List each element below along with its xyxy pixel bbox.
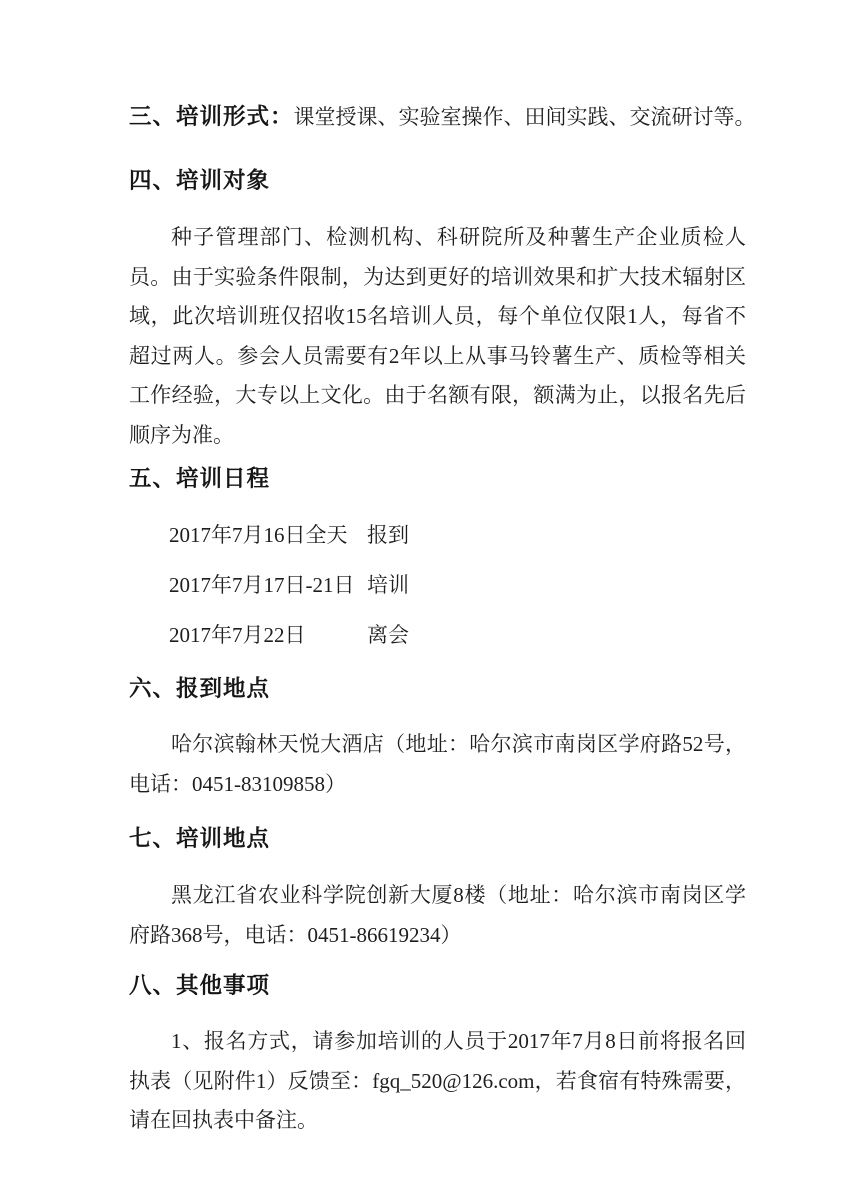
schedule-event: 报到 <box>367 521 409 549</box>
paragraph-other-matters: 1、报名方式，请参加培训的人员于2017年7月8日前将报名回执表（见附件1）反馈… <box>129 1022 746 1141</box>
schedule-row: 2017年7月16日全天报到 <box>129 521 746 549</box>
schedule-date: 2017年7月17日-21日 <box>169 571 367 599</box>
schedule-row: 2017年7月17日-21日培训 <box>129 571 746 599</box>
section-heading-other-matters: 八、其他事项 <box>129 972 746 1000</box>
paragraph-training-place: 黑龙江省农业科学院创新大厦8楼（地址：哈尔滨市南岗区学府路368号，电话：045… <box>129 876 746 955</box>
schedule-date: 2017年7月16日全天 <box>169 521 367 549</box>
section-heading-registration-place: 六、报到地点 <box>129 675 746 703</box>
section-heading-training-schedule: 五、培训日程 <box>129 465 746 493</box>
paragraph-registration-place: 哈尔滨翰林天悦大酒店（地址：哈尔滨市南岗区学府路52号，电话：0451-8310… <box>129 725 746 804</box>
section-heading-training-format: 三、培训形式： <box>129 104 294 129</box>
schedule-row: 2017年7月22日离会 <box>129 621 746 649</box>
schedule-list: 2017年7月16日全天报到 2017年7月17日-21日培训 2017年7月2… <box>129 521 746 649</box>
paragraph-training-target: 种子管理部门、检测机构、科研院所及种薯生产企业质检人员。由于实验条件限制，为达到… <box>129 218 746 455</box>
section-heading-training-target: 四、培训对象 <box>129 167 746 195</box>
schedule-event: 培训 <box>367 571 409 599</box>
schedule-date: 2017年7月22日 <box>169 621 367 649</box>
section-training-format: 三、培训形式：课堂授课、实验室操作、田间实践、交流研讨等。 <box>129 103 746 131</box>
section-heading-training-place: 七、培训地点 <box>129 825 746 853</box>
document-body: { "colors": { "background": "#ffffff", "… <box>0 0 850 1202</box>
schedule-event: 离会 <box>367 621 409 649</box>
document-page: 三、培训形式：课堂授课、实验室操作、田间实践、交流研讨等。 四、培训对象 种子管… <box>0 0 850 1202</box>
section-text-training-format: 课堂授课、实验室操作、田间实践、交流研讨等。 <box>294 105 756 129</box>
